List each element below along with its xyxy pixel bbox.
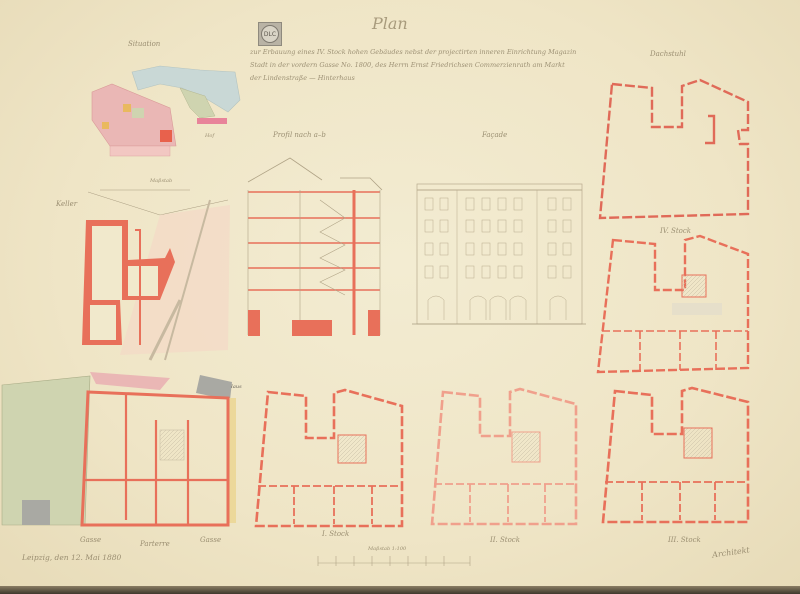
floor-1-plan xyxy=(256,390,402,526)
section-drawing xyxy=(248,158,382,336)
scale-bar xyxy=(318,556,470,566)
ground-floor-plan xyxy=(2,372,236,525)
basement-plan xyxy=(82,190,230,360)
sheet-bottom-edge xyxy=(0,586,800,594)
plan-sheet: DLC Plan zur Erbauung eines IV. Stock ho… xyxy=(0,0,800,586)
floor-4-plan xyxy=(598,236,748,372)
floor-3-plan xyxy=(603,388,748,522)
roof-plan xyxy=(600,80,748,218)
facade-drawing xyxy=(412,184,586,324)
drawing-canvas xyxy=(0,0,800,586)
floor-2-plan xyxy=(432,389,576,524)
site-plan xyxy=(92,66,240,156)
